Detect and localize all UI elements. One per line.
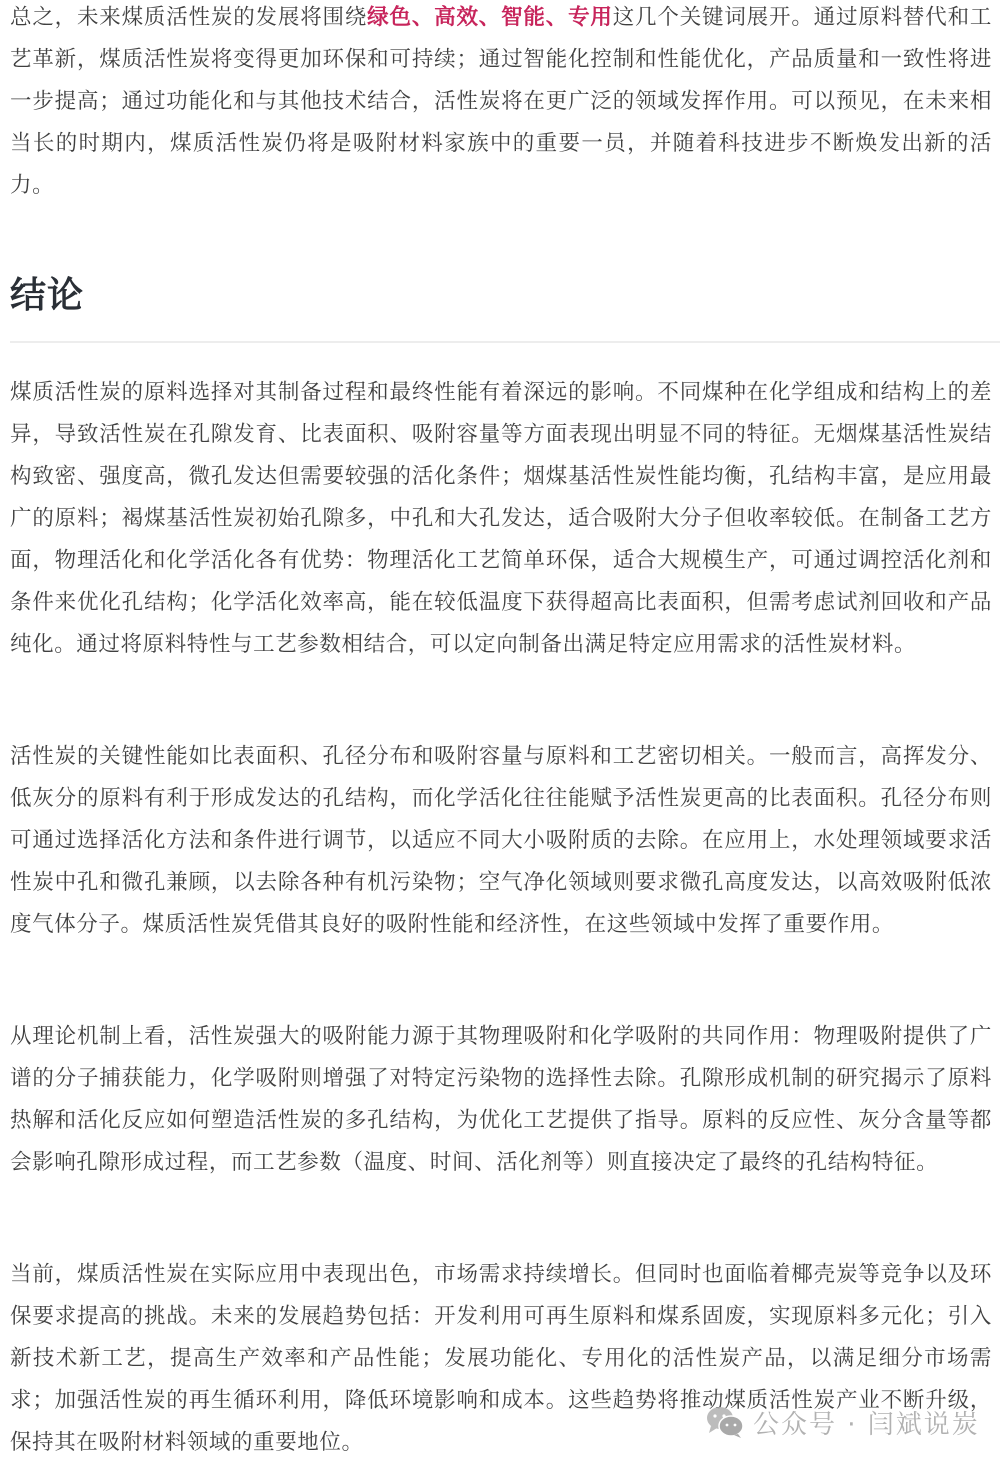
watermark: 公众号 · 闫斌说炭 [705,1402,980,1442]
paragraph: 从理论机制上看，活性炭强大的吸附能力源于其物理吸附和化学吸附的共同作用：物理吸附… [10,1016,992,1184]
paragraph: 煤质活性炭的原料选择对其制备过程和最终性能有着深远的影响。不同煤种在化学组成和结… [10,372,992,666]
watermark-text: 公众号 · 闫斌说炭 [753,1404,980,1441]
highlight-keywords: 绿色、高效、智能、专用 [367,5,613,30]
paragraph: 活性炭的关键性能如比表面积、孔径分布和吸附容量与原料和工艺密切相关。一般而言，高… [10,736,992,946]
section-divider [10,341,1000,343]
intro-paragraph: 总之，未来煤质活性炭的发展将围绕绿色、高效、智能、专用这几个关键词展开。通过原料… [10,0,992,207]
intro-text-before: 总之，未来煤质活性炭的发展将围绕 [10,5,367,30]
section-heading-conclusion: 结论 [10,268,84,324]
intro-text-after: 这几个关键词展开。通过原料替代和工艺革新，煤质活性炭将变得更加环保和可持续；通过… [10,5,992,198]
wechat-icon [705,1405,745,1439]
